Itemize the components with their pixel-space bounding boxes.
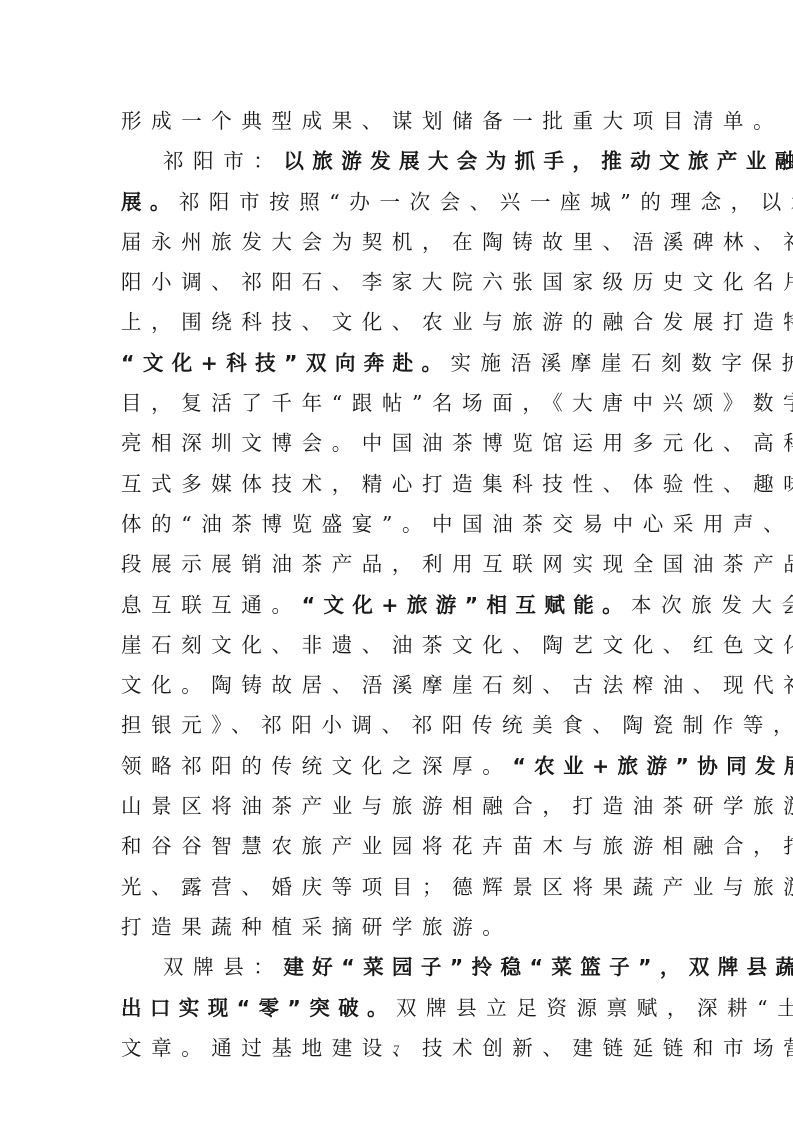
- text-line: 领略祁阳的传统文化之深厚。“农业+旅游”协同发展。唐家: [121, 746, 677, 786]
- text-line: 展。祁阳市按照“办一次会、兴一座城”的理念，以承办第三: [121, 182, 677, 222]
- bold-heading-text: “文化+旅游”相互赋能。: [302, 593, 631, 617]
- body-text-segment: 届永州旅发大会为契机，在陶铸故里、浯溪碑林、祁剧、祁: [121, 230, 793, 254]
- bold-heading-text: 建好“菜园子”拎稳“菜篮子”，双牌县蔬菜: [283, 955, 793, 979]
- body-text-segment: 双牌县立足资源禀赋，深耕“土特产”: [396, 996, 793, 1020]
- text-line: 目，复活了千年“跟帖”名场面，《大唐中兴颂》数字化成果: [121, 383, 677, 423]
- body-text-segment: 担银元》、祁阳小调、祁阳传统美食、陶瓷制作等，让游客: [121, 713, 793, 737]
- body-text-segment: 文化。陶铸故居、浯溪摩崖石刻、古法榨油、现代祁剧《一: [121, 673, 793, 697]
- body-text-segment: 祁阳市：: [163, 149, 283, 173]
- body-text-segment: 光、露营、婚庆等项目；德辉景区将果蔬产业与旅游相融合，: [121, 875, 793, 899]
- text-line: 阳小调、祁阳石、李家大院六张国家级历史文化名片的基础: [121, 262, 677, 302]
- body-text-segment: 崖石刻文化、非遗、油茶文化、陶艺文化、红色文化和美食: [121, 633, 793, 657]
- text-line: 担银元》、祁阳小调、祁阳传统美食、陶瓷制作等，让游客: [121, 705, 677, 745]
- text-line: 亮相深圳文博会。中国油茶博览馆运用多元化、高科技的交: [121, 423, 677, 463]
- body-text-segment: 互式多媒体技术，精心打造集科技性、体验性、趣味性于一: [121, 472, 793, 496]
- body-text-segment: 阳小调、祁阳石、李家大院六张国家级历史文化名片的基础: [121, 270, 793, 294]
- text-line: 上，围绕科技、文化、农业与旅游的融合发展打造特色亮点。: [121, 302, 677, 342]
- text-line: 双牌县：建好“菜园子”拎稳“菜篮子”，双牌县蔬菜: [121, 947, 677, 987]
- text-line: 山景区将油茶产业与旅游相融合，打造油茶研学旅游基地；: [121, 786, 677, 826]
- text-line: 息互联互通。“文化+旅游”相互赋能。本次旅发大会突出摩: [121, 585, 677, 625]
- document-body: 形成一个典型成果、谋划储备一批重大项目清单。祁阳市：以旅游发展大会为抓手，推动文…: [121, 101, 677, 1068]
- text-line: “文化+科技”双向奔赴。实施浯溪摩崖石刻数字保护利用项: [121, 343, 677, 383]
- bold-heading-text: “文化+科技”双向奔赴。: [121, 351, 450, 375]
- body-text-segment: 形成一个典型成果、谋划储备一批重大项目清单。: [121, 109, 783, 133]
- text-line: 文化。陶铸故居、浯溪摩崖石刻、古法榨油、现代祁剧《一: [121, 665, 677, 705]
- bold-heading-text: “农业+旅游”协同发展。: [512, 754, 793, 778]
- body-text-segment: 领略祁阳的传统文化之深厚。: [121, 754, 512, 778]
- bold-heading-text: 展。: [121, 190, 179, 214]
- body-text-segment: 祁阳市按照“办一次会、兴一座城”的理念，以承办第三: [179, 190, 793, 214]
- body-text-segment: 息互联互通。: [121, 593, 302, 617]
- body-text-segment: 亮相深圳文博会。中国油茶博览馆运用多元化、高科技的交: [121, 431, 793, 455]
- body-text-segment: 和谷谷智慧农旅产业园将花卉苗木与旅游相融合，打造观: [121, 834, 793, 858]
- page-number: 7: [0, 1042, 793, 1057]
- body-text-segment: 打造果蔬种植采摘研学旅游。: [121, 915, 512, 939]
- bold-heading-text: 出口实现“零”突破。: [121, 996, 396, 1020]
- text-line: 祁阳市：以旅游发展大会为抓手，推动文旅产业融合发: [121, 141, 677, 181]
- body-text-segment: 实施浯溪摩崖石刻数字保护利用项: [450, 351, 793, 375]
- text-line: 和谷谷智慧农旅产业园将花卉苗木与旅游相融合，打造观: [121, 826, 677, 866]
- text-line: 届永州旅发大会为契机，在陶铸故里、浯溪碑林、祁剧、祁: [121, 222, 677, 262]
- body-text-segment: 山景区将油茶产业与旅游相融合，打造油茶研学旅游基地；: [121, 794, 793, 818]
- text-line: 光、露营、婚庆等项目；德辉景区将果蔬产业与旅游相融合，: [121, 867, 677, 907]
- bold-heading-text: 以旅游发展大会为抓手，推动文旅产业融合发: [283, 149, 793, 173]
- body-text-segment: 目，复活了千年“跟帖”名场面，《大唐中兴颂》数字化成果: [121, 391, 793, 415]
- text-line: 形成一个典型成果、谋划储备一批重大项目清单。: [121, 101, 677, 141]
- body-text-segment: 本次旅发大会突出摩: [631, 593, 793, 617]
- document-page: 形成一个典型成果、谋划储备一批重大项目清单。祁阳市：以旅游发展大会为抓手，推动文…: [0, 0, 793, 1122]
- text-line: 崖石刻文化、非遗、油茶文化、陶艺文化、红色文化和美食: [121, 625, 677, 665]
- body-text-segment: 体的“油茶博览盛宴”。中国油茶交易中心采用声、光、电手: [121, 512, 793, 536]
- text-line: 互式多媒体技术，精心打造集科技性、体验性、趣味性于一: [121, 464, 677, 504]
- text-line: 出口实现“零”突破。双牌县立足资源禀赋，深耕“土特产”: [121, 988, 677, 1028]
- body-text-segment: 上，围绕科技、文化、农业与旅游的融合发展打造特色亮点。: [121, 310, 793, 334]
- body-text-segment: 段展示展销油茶产品，利用互联网实现全国油茶产品交易信: [121, 552, 793, 576]
- text-line: 段展示展销油茶产品，利用互联网实现全国油茶产品交易信: [121, 544, 677, 584]
- text-line: 打造果蔬种植采摘研学旅游。: [121, 907, 677, 947]
- body-text-segment: 双牌县：: [163, 955, 283, 979]
- text-line: 体的“油茶博览盛宴”。中国油茶交易中心采用声、光、电手: [121, 504, 677, 544]
